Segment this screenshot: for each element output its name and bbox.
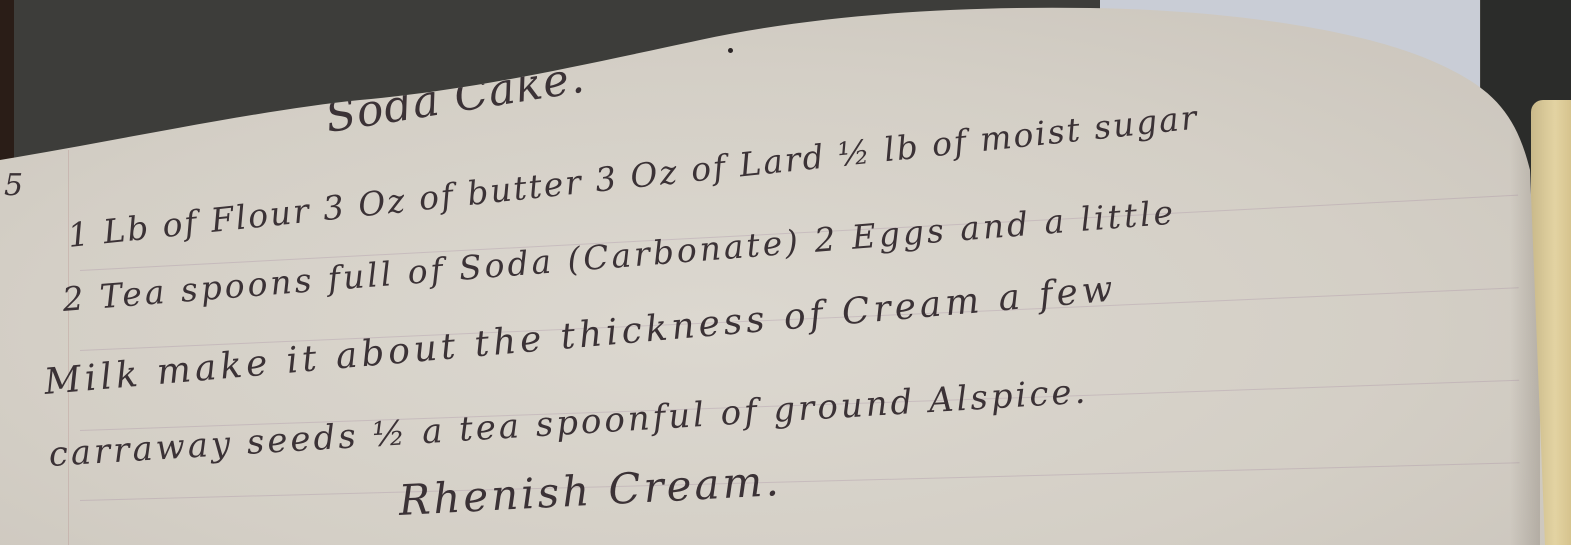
ruled-line [80,462,1520,501]
background-left-edge [0,0,14,160]
page-marker: 5 [4,168,24,203]
next-recipe-title: Rhenish Cream. [397,456,782,525]
ink-dot [728,48,733,53]
margin-line [68,150,69,545]
recipe-title: Soda Cake. [322,52,588,143]
manuscript-page: 5 Soda Cake. 1 Lb of Flour 3 Oz of butte… [0,0,1571,545]
